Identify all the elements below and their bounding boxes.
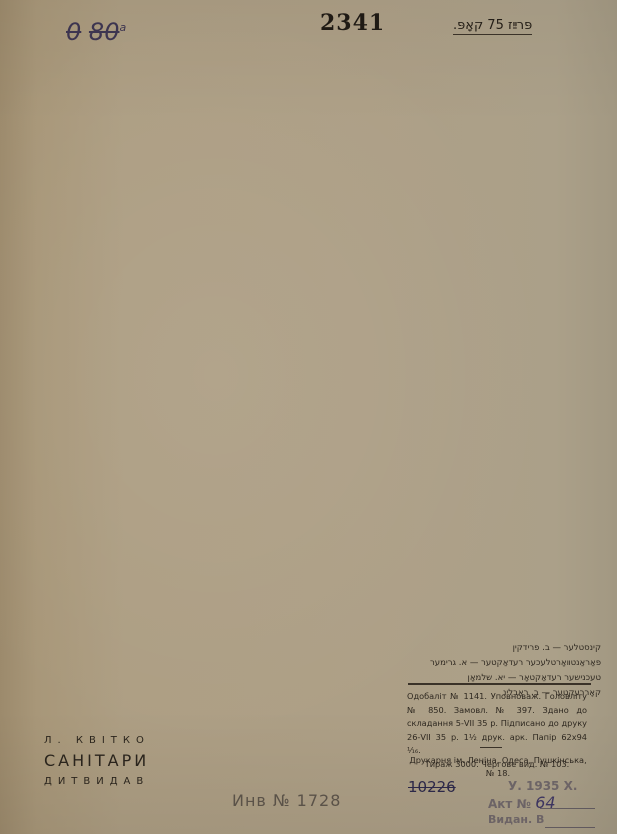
credit-line: קינסטלער — ב. פרידקין	[381, 641, 601, 656]
handwritten-inventory-number: 10226	[408, 778, 456, 796]
book-back-cover: { "header": { "handwritten_shelf_mark": …	[0, 0, 617, 834]
stamp-issued-underline	[545, 827, 595, 828]
stamp-act-underline	[540, 808, 595, 809]
price-label: פּרײַז 75 קאָפּ.	[453, 18, 532, 35]
divider-rule	[408, 683, 591, 685]
stamp-act-number: 64	[535, 793, 555, 812]
stamp-act-label: Акт №	[488, 797, 531, 811]
stamp-issued: Видан. В	[488, 813, 544, 826]
struck-mark: 0	[66, 18, 81, 46]
stamp-year: У. 1935 Х.	[508, 779, 577, 793]
credit-line: פאַראַנטװאָרטלעכער רעדאַקטער — א. גרימער	[381, 656, 601, 671]
shelf-superscript: a	[119, 21, 126, 34]
shelf-number: 80	[89, 18, 120, 46]
stamp-act: Акт № 64	[488, 793, 556, 812]
pencil-inventory-mark: Инв № 1728	[232, 791, 341, 810]
publisher-name: ДИТВИДАВ	[44, 776, 149, 787]
book-title: САНІТАРИ	[44, 751, 149, 770]
printer-info: Друкарня ім. Леніна, Одеса, Пушкінська, …	[408, 754, 588, 780]
author-name: Л. КВІТКО	[44, 735, 150, 746]
short-divider	[480, 747, 502, 748]
handwritten-shelf-mark: 0 80a	[66, 18, 126, 46]
catalog-number: 2341	[320, 10, 385, 36]
